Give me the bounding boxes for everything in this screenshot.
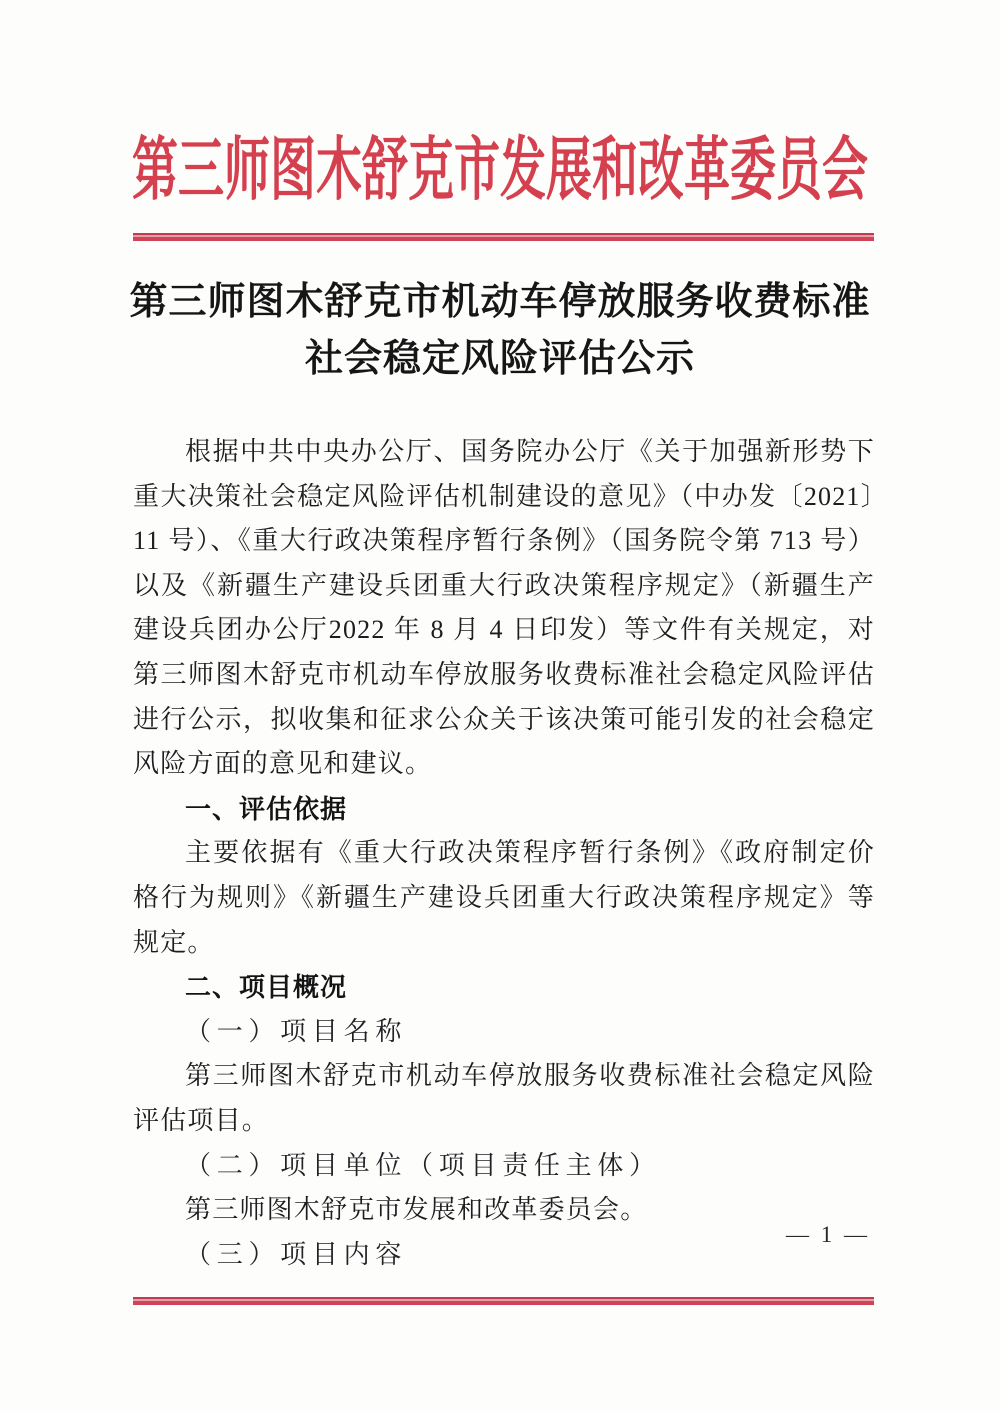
section-heading: 一、评估依据 <box>133 787 875 832</box>
paragraph: 根据中共中央办公厅、国务院办公厅《关于加强新形势下重大决策社会稳定风险评估机制建… <box>133 430 875 787</box>
paragraph: 第三师图木舒克市机动车停放服务收费标准社会稳定风险评估项目。 <box>133 1054 875 1143</box>
header-rule <box>133 233 874 241</box>
section-heading: 二、项目概况 <box>133 965 875 1010</box>
letterhead: 第三师图木舒克市发展和改革委员会 <box>0 128 1000 214</box>
document-body: 根据中共中央办公厅、国务院办公厅《关于加强新形势下重大决策社会稳定风险评估机制建… <box>133 430 875 1277</box>
paragraph: 第三师图木舒克市发展和改革委员会。 <box>133 1188 875 1233</box>
document-title-line1: 第三师图木舒克市机动车停放服务收费标准 <box>0 274 1000 331</box>
subsection-heading: （一）项目名称 <box>133 1010 875 1055</box>
paragraph: 主要依据有《重大行政决策程序暂行条例》《政府制定价格行为规则》《新疆生产建设兵团… <box>133 831 875 965</box>
document-title: 第三师图木舒克市机动车停放服务收费标准 社会稳定风险评估公示 <box>0 274 1000 388</box>
document-page: 第三师图木舒克市发展和改革委员会 第三师图木舒克市机动车停放服务收费标准 社会稳… <box>0 0 1000 1413</box>
document-title-line2: 社会稳定风险评估公示 <box>0 331 1000 388</box>
footer-rule <box>133 1297 874 1305</box>
subsection-heading: （二）项目单位（项目责任主体） <box>133 1144 875 1189</box>
page-number: — 1 — <box>786 1222 870 1248</box>
subsection-heading: （三）项目内容 <box>133 1233 875 1278</box>
letterhead-title: 第三师图木舒克市发展和改革委员会 <box>132 115 868 214</box>
